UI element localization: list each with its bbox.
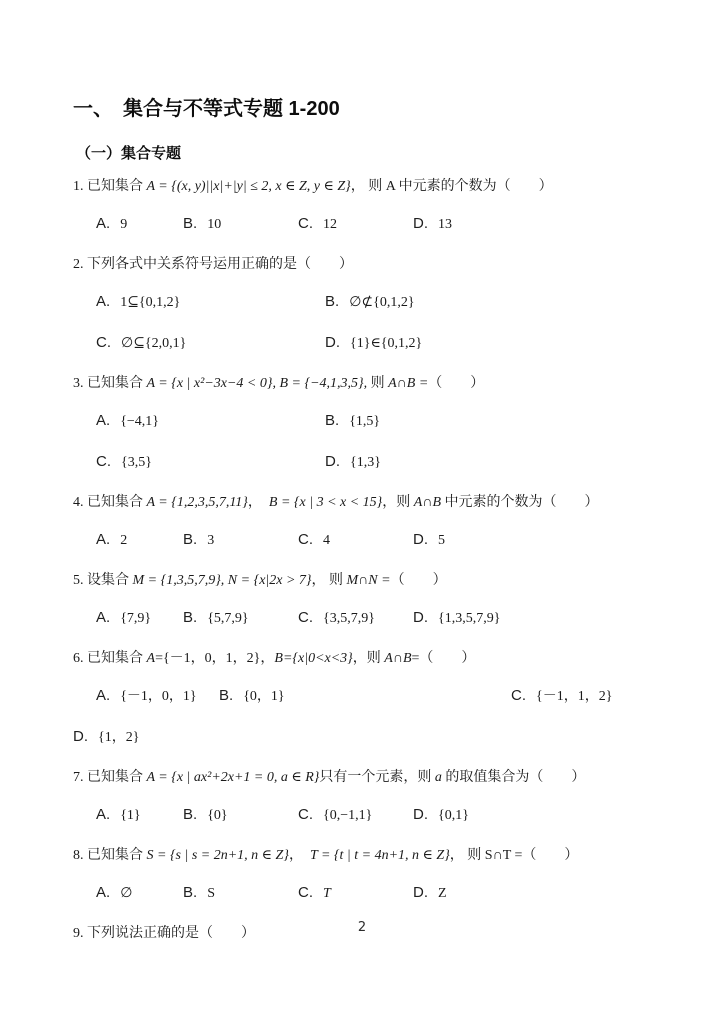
option-d: D.{1,3,5,7,9} bbox=[413, 607, 500, 630]
option-b: B.{0} bbox=[183, 804, 298, 827]
option-label: B. bbox=[183, 804, 197, 826]
option-value: {3,5,7,9} bbox=[323, 608, 375, 630]
option-label: C. bbox=[298, 529, 313, 551]
option-label: D. bbox=[413, 607, 428, 629]
option-value: ∅ bbox=[120, 883, 132, 905]
option-c: C.12 bbox=[298, 213, 413, 236]
option-value: 1⊆{0,1,2} bbox=[120, 292, 180, 314]
option-label: C. bbox=[298, 804, 313, 826]
option-b: B.{1,5} bbox=[325, 410, 380, 433]
option-a: A.2 bbox=[96, 529, 183, 552]
options-row: C.{3,5} D.{1,3} bbox=[96, 451, 656, 474]
question-6: 6. 已知集合 A={－1，0，1，2}，B={x|0<x<3}，则 A∩B=（… bbox=[73, 648, 656, 749]
option-label: D. bbox=[413, 804, 428, 826]
option-value: {1} bbox=[120, 805, 140, 827]
option-value: 9 bbox=[120, 214, 127, 236]
option-value: {－1，1，2} bbox=[536, 686, 612, 708]
option-label: D. bbox=[413, 882, 428, 904]
page-number: 2 bbox=[0, 920, 724, 935]
option-label: A. bbox=[96, 804, 110, 826]
option-value: 5 bbox=[438, 530, 445, 552]
option-label: B. bbox=[183, 607, 197, 629]
options-row: A.∅ B.S C.T D.Z bbox=[96, 882, 656, 905]
option-c: C.T bbox=[298, 882, 413, 905]
option-label: C. bbox=[298, 213, 313, 235]
option-label: A. bbox=[96, 213, 110, 235]
options-row: A.9 B.10 C.12 D.13 bbox=[96, 213, 656, 236]
option-b: B.10 bbox=[183, 213, 298, 236]
option-label: D. bbox=[325, 332, 340, 354]
option-value: ∅⊆{2,0,1} bbox=[121, 333, 186, 355]
option-value: {5,7,9} bbox=[207, 608, 248, 630]
option-value: {1，2} bbox=[98, 727, 139, 749]
question-text: 4. 已知集合 A = {1,2,3,5,7,11}， B = {x | 3 <… bbox=[73, 492, 656, 514]
option-d: D.Z bbox=[413, 882, 447, 905]
options-row: A.1⊆{0,1,2} B.∅⊄{0,1,2} bbox=[96, 291, 656, 314]
option-c: C.∅⊆{2,0,1} bbox=[96, 332, 325, 355]
option-b: B.∅⊄{0,1,2} bbox=[325, 291, 415, 314]
options-row: A.{−4,1} B.{1,5} bbox=[96, 410, 656, 433]
option-c: C.{3,5,7,9} bbox=[298, 607, 413, 630]
question-text: 5. 设集合 M = {1,3,5,7,9}, N = {x|2x > 7}， … bbox=[73, 570, 656, 592]
option-label: B. bbox=[183, 529, 197, 551]
option-value: 2 bbox=[120, 530, 127, 552]
option-c: C.{0,−1,1} bbox=[298, 804, 413, 827]
option-a: A.1⊆{0,1,2} bbox=[96, 291, 325, 314]
question-8: 8. 已知集合 S = {s | s = 2n+1, n ∈ Z}， T = {… bbox=[73, 845, 656, 905]
option-label: B. bbox=[325, 291, 339, 313]
option-value: T bbox=[323, 883, 331, 905]
option-label: A. bbox=[96, 882, 110, 904]
option-b: B.S bbox=[183, 882, 298, 905]
option-value: {1,5} bbox=[349, 411, 380, 433]
option-value: {1,3} bbox=[350, 452, 381, 474]
option-label: D. bbox=[73, 726, 88, 748]
option-value: S bbox=[207, 883, 215, 905]
subsection-title: （一）集合专题 bbox=[76, 142, 656, 163]
option-a: A.{7,9} bbox=[96, 607, 183, 630]
question-4: 4. 已知集合 A = {1,2,3,5,7,11}， B = {x | 3 <… bbox=[73, 492, 656, 552]
option-label: A. bbox=[96, 291, 110, 313]
question-text: 3. 已知集合 A = {x | x²−3x−4 < 0}, B = {−4,1… bbox=[73, 373, 656, 395]
option-d: D.{1，2} bbox=[73, 726, 139, 749]
question-text: 8. 已知集合 S = {s | s = 2n+1, n ∈ Z}， T = {… bbox=[73, 845, 656, 867]
options-row: A.{7,9} B.{5,7,9} C.{3,5,7,9} D.{1,3,5,7… bbox=[96, 607, 656, 630]
option-value: 4 bbox=[323, 530, 330, 552]
option-label: A. bbox=[96, 410, 110, 432]
option-value: {3,5} bbox=[121, 452, 152, 474]
option-a: A.9 bbox=[96, 213, 183, 236]
option-label: C. bbox=[96, 451, 111, 473]
question-1: 1. 已知集合 A = {(x, y)||x|+|y| ≤ 2, x ∈ Z, … bbox=[73, 176, 656, 236]
option-label: C. bbox=[298, 607, 313, 629]
option-a: A.{−4,1} bbox=[96, 410, 325, 433]
option-value: {1}∈{0,1,2} bbox=[350, 333, 422, 355]
option-label: C. bbox=[96, 332, 111, 354]
option-label: B. bbox=[325, 410, 339, 432]
option-label: B. bbox=[183, 882, 197, 904]
question-5: 5. 设集合 M = {1,3,5,7,9}, N = {x|2x > 7}， … bbox=[73, 570, 656, 630]
option-d: D.13 bbox=[413, 213, 452, 236]
option-value: {0,1} bbox=[438, 805, 469, 827]
option-b: B.{5,7,9} bbox=[183, 607, 298, 630]
question-text: 2. 下列各式中关系符号运用正确的是（ ） bbox=[73, 254, 656, 276]
option-value: ∅⊄{0,1,2} bbox=[349, 292, 414, 314]
option-label: C. bbox=[298, 882, 313, 904]
option-b: B.{0，1} bbox=[219, 685, 511, 708]
question-7: 7. 已知集合 A = {x | ax²+2x+1 = 0, a ∈ R}只有一… bbox=[73, 767, 656, 827]
option-d: D.{1,3} bbox=[325, 451, 381, 474]
option-label: D. bbox=[413, 213, 428, 235]
option-a: A.∅ bbox=[96, 882, 183, 905]
option-label: C. bbox=[511, 685, 526, 707]
question-3: 3. 已知集合 A = {x | x²−3x−4 < 0}, B = {−4,1… bbox=[73, 373, 656, 474]
option-value: Z bbox=[438, 883, 447, 905]
option-label: B. bbox=[183, 213, 197, 235]
option-d: D.5 bbox=[413, 529, 445, 552]
section-title: 一、 集合与不等式专题 1-200 bbox=[73, 92, 656, 121]
option-value: {−4,1} bbox=[120, 411, 159, 433]
options-row: A.{1} B.{0} C.{0,−1,1} D.{0,1} bbox=[96, 804, 656, 827]
question-2: 2. 下列各式中关系符号运用正确的是（ ） A.1⊆{0,1,2} B.∅⊄{0… bbox=[73, 254, 656, 355]
option-d: D.{1}∈{0,1,2} bbox=[325, 332, 422, 355]
options-row: C.∅⊆{2,0,1} D.{1}∈{0,1,2} bbox=[96, 332, 656, 355]
option-value: 12 bbox=[323, 214, 337, 236]
option-label: A. bbox=[96, 685, 110, 707]
question-text: 1. 已知集合 A = {(x, y)||x|+|y| ≤ 2, x ∈ Z, … bbox=[73, 176, 656, 198]
option-value: {－1，0，1} bbox=[120, 686, 196, 708]
option-label: A. bbox=[96, 607, 110, 629]
options-row: A.2 B.3 C.4 D.5 bbox=[96, 529, 656, 552]
option-value: 13 bbox=[438, 214, 452, 236]
option-label: A. bbox=[96, 529, 110, 551]
option-label: D. bbox=[413, 529, 428, 551]
option-c: C.4 bbox=[298, 529, 413, 552]
question-text: 7. 已知集合 A = {x | ax²+2x+1 = 0, a ∈ R}只有一… bbox=[73, 767, 656, 789]
option-value: {7,9} bbox=[120, 608, 151, 630]
option-value: 3 bbox=[207, 530, 214, 552]
option-c: C.{－1，1，2} bbox=[511, 685, 612, 708]
option-c: C.{3,5} bbox=[96, 451, 325, 474]
option-label: D. bbox=[325, 451, 340, 473]
option-label: B. bbox=[219, 685, 233, 707]
worksheet-page: 一、 集合与不等式专题 1-200 （一）集合专题 1. 已知集合 A = {(… bbox=[0, 0, 724, 1024]
option-a: A.{1} bbox=[96, 804, 183, 827]
question-text: 6. 已知集合 A={－1，0，1，2}，B={x|0<x<3}，则 A∩B=（… bbox=[73, 648, 656, 670]
option-value: 10 bbox=[207, 214, 221, 236]
option-value: {0，1} bbox=[243, 686, 284, 708]
option-value: {0,−1,1} bbox=[323, 805, 372, 827]
option-b: B.3 bbox=[183, 529, 298, 552]
option-a: A.{－1，0，1} bbox=[96, 685, 219, 708]
options-row: A.{－1，0，1} B.{0，1} C.{－1，1，2} bbox=[96, 685, 656, 708]
option-value: {0} bbox=[207, 805, 227, 827]
option-value: {1,3,5,7,9} bbox=[438, 608, 500, 630]
options-row: D.{1，2} bbox=[73, 726, 656, 749]
option-d: D.{0,1} bbox=[413, 804, 469, 827]
